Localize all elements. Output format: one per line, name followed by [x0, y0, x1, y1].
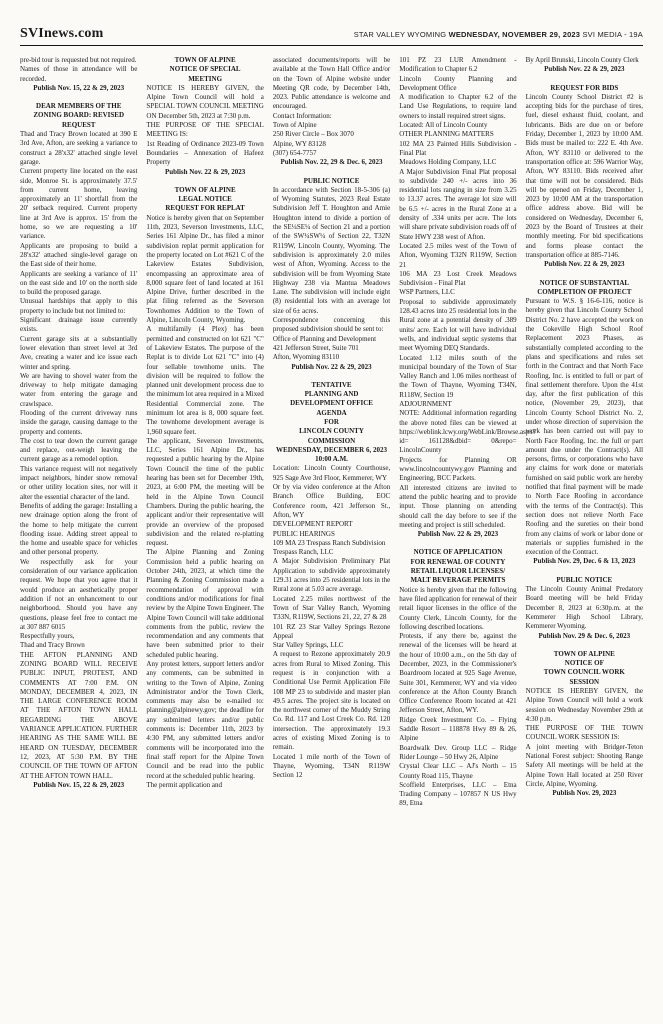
notice-paragraph: Unusual hardships that apply to this pro… [20, 297, 137, 316]
notice-paragraph: Located 2.5 miles west of the Town of Af… [399, 242, 516, 270]
notice-paragraph: pre-bid tour is requested but not requir… [20, 56, 137, 65]
notice-paragraph: 106 MA 23 Lost Creek Meadows Subdivision… [399, 270, 516, 289]
notice-paragraph: NOTE: Additional information regarding t… [399, 409, 516, 455]
notice-paragraph: (307) 654-7757 [273, 149, 390, 158]
notice-paragraph: Applicants are proposing to build a 28'x… [20, 242, 137, 270]
notice-paragraph: Significant drainage issue currently exi… [20, 316, 137, 335]
dateline-date: WEDNESDAY, NOVEMBER 29, 2023 [449, 30, 581, 39]
notice-paragraph: Located: All of Lincoln County [399, 121, 516, 130]
dateline: STAR VALLEY WYOMING WEDNESDAY, NOVEMBER … [354, 30, 643, 39]
notice-paragraph: THE PURPOSE OF THE SPECIAL MEETING IS: [146, 121, 263, 140]
notice-paragraph: 250 River Circle – Box 3070 [273, 130, 390, 139]
news-column: By April Brunski, Lincoln County ClerkPu… [526, 56, 643, 799]
notice-paragraph: Town of Alpine [273, 121, 390, 130]
notice-paragraph: Thad and Tracy Brown located at 390 E 3r… [20, 130, 137, 167]
notice-paragraph: Names of those in attendance will be rec… [20, 65, 137, 84]
masthead-title: SVInews.com [20, 26, 103, 42]
notice-heading: DEAR MEMBERS OF THE ZONING BOARD: REVISE… [20, 102, 137, 130]
notice-paragraph: A Major Subdivision Preliminary Plat App… [273, 557, 390, 594]
notice-paragraph: 421 Jefferson Street, Suite 701 [273, 344, 390, 353]
notice-paragraph: We are having to shovel water from the d… [20, 372, 137, 409]
publish-line: Publish Nov. 15, 22 & 29, 2023 [20, 781, 137, 790]
notice-paragraph: Projects for Planning OR www.lincolncoun… [399, 456, 516, 484]
notice-paragraph: Lincoln County School District #2 is acc… [526, 93, 643, 260]
notice-paragraph: 1st Reading of Ordinance 2023-09 Town Bo… [146, 140, 263, 168]
notice-paragraph: The permit application and [146, 781, 263, 790]
notice-paragraph: The cost to tear down the current garage… [20, 437, 137, 465]
notice-paragraph: NOTICE IS HEREBY GIVEN, the Alpine Town … [526, 687, 643, 724]
notice-paragraph: Proposal to subdivide approximately 128.… [399, 298, 516, 354]
publish-line: Publish Nov. 29, 2023 [526, 789, 643, 798]
notice-paragraph: Or by via video conference at the Afton … [273, 483, 390, 520]
notice-paragraph: Protests, if any there be, against the r… [399, 632, 516, 716]
notice-paragraph: In accordance with Section 18-5-306 (a) … [273, 186, 390, 316]
notice-paragraph: 101 RZ 23 Star Valley Springs Rezone App… [273, 623, 390, 642]
news-column: TOWN OF ALPINE NOTICE OF SPECIAL MEETING… [146, 56, 263, 790]
notice-paragraph: A multifamily (4 Plex) has been permitte… [146, 325, 263, 437]
notice-paragraph: Correspondence concerning this proposed … [273, 316, 390, 335]
notice-heading: TENTATIVE PLANNING AND DEVELOPMENT OFFIC… [273, 381, 390, 465]
notice-paragraph: Flooding of the current driveway runs in… [20, 409, 137, 437]
notice-paragraph: Notice is hereby given that the followin… [399, 586, 516, 632]
notice-paragraph: Lincoln County Planning and Development … [399, 75, 516, 94]
notice-paragraph: Thad and Tracy Brown [20, 641, 137, 650]
publish-line: Publish Nov. 22 & 29, 2023 [526, 260, 643, 269]
notice-columns: pre-bid tour is requested but not requir… [20, 56, 643, 809]
notice-paragraph: Ridge Creek Investment Co. – Flying Sadd… [399, 716, 516, 744]
notice-paragraph: The Alpine Planning and Zoning Commissio… [146, 548, 263, 660]
notice-heading: REQUEST FOR BIDS [526, 84, 643, 93]
notice-paragraph: 102 MA 23 Painted Hills Subdivision - Fi… [399, 140, 516, 159]
notice-paragraph: Trespass Ranch, LLC [273, 548, 390, 557]
notice-paragraph: All interested citizens are invited to a… [399, 484, 516, 530]
dateline-region: STAR VALLEY WYOMING [354, 30, 449, 39]
notice-paragraph: Alpine, WY 83128 [273, 140, 390, 149]
notice-paragraph: Any protest letters, support letters and… [146, 660, 263, 781]
notice-paragraph: A joint meeting with Bridger-Teton Natio… [526, 743, 643, 789]
notice-paragraph: Current garage sits at a substantially l… [20, 335, 137, 372]
notice-paragraph: NOTICE IS HEREBY GIVEN, the Alpine Town … [146, 84, 263, 121]
notice-paragraph: ADJOURNMENT [399, 400, 516, 409]
notice-paragraph: Contact Information: [273, 112, 390, 121]
notice-heading: TOWN OF ALPINE LEGAL NOTICE REQUEST FOR … [146, 186, 263, 214]
notice-paragraph: Respectfully yours, [20, 632, 137, 641]
notice-paragraph: THE AFTON PLANNING AND ZONING BOARD WILL… [20, 651, 137, 781]
notice-paragraph: We respectfully ask for your considerati… [20, 558, 137, 632]
notice-paragraph: THE PURPOSE OF THE TOWN COUNCIL WORK SES… [526, 724, 643, 743]
notice-paragraph: A request to Rezone approximately 20.9 a… [273, 650, 390, 752]
notice-paragraph: This variance request will not negativel… [20, 465, 137, 502]
notice-heading: PUBLIC NOTICE [526, 576, 643, 585]
notice-paragraph: Located 2.25 miles northwest of the Town… [273, 595, 390, 623]
notice-paragraph: OTHER PLANNING MATTERS [399, 130, 516, 139]
notice-paragraph: Notice is hereby given that on September… [146, 214, 263, 326]
notice-paragraph: By April Brunski, Lincoln County Clerk [526, 56, 643, 65]
notice-paragraph: WSP Partners, LLC [399, 288, 516, 297]
publish-line: Publish Nov. 29 & Dec. 6, 2023 [526, 632, 643, 641]
notice-heading: TOWN OF ALPINE NOTICE OF SPECIAL MEETING [146, 56, 263, 84]
news-column: 101 PZ 23 LUR Amendment - Modification t… [399, 56, 516, 809]
page-header: SVInews.com STAR VALLEY WYOMING WEDNESDA… [20, 26, 643, 46]
notice-paragraph: DEVELOPMENT REPORT [273, 520, 390, 529]
notice-paragraph: A modification to Chapter 6.2 of the Lan… [399, 93, 516, 121]
notice-heading: TOWN OF ALPINE NOTICE OF TOWN COUNCIL WO… [526, 650, 643, 687]
notice-paragraph: Boardwalk Dev. Group LLC – Ridge Rider L… [399, 744, 516, 763]
notice-heading: PUBLIC NOTICE [273, 177, 390, 186]
notice-paragraph: Office of Planning and Development [273, 335, 390, 344]
notice-paragraph: A Major Subdivision Final Plat proposal … [399, 168, 516, 242]
notice-heading: NOTICE OF SUBSTANTIAL COMPLETION OF PROJ… [526, 279, 643, 298]
notice-paragraph: Star Valley Springs, LLC [273, 641, 390, 650]
notice-paragraph: Located 1.12 miles south of the municipa… [399, 354, 516, 400]
dateline-edition: SVI MEDIA - 19A [580, 30, 643, 39]
notice-heading: NOTICE OF APPLICATION FOR RENEWAL OF COU… [399, 548, 516, 585]
notice-paragraph: Benefits of adding the garage: Installin… [20, 502, 137, 558]
news-column: associated documents/reports will be ava… [273, 56, 390, 781]
publish-line: Publish Nov. 22 & 29, 2023 [146, 168, 263, 177]
notice-paragraph: Pursuant to W.S. § 16-6-116, notice is h… [526, 297, 643, 557]
notice-paragraph: associated documents/reports will be ava… [273, 56, 390, 112]
notice-paragraph: Scoffield Enterprises, LLC – Etna Tradin… [399, 781, 516, 809]
publish-line: Publish Nov. 29, Dec. 6 & 13, 2023 [526, 557, 643, 566]
notice-paragraph: 109 MA 23 Trespass Ranch Subdivision [273, 539, 390, 548]
notice-paragraph: The applicant, Severson Investments, LLC… [146, 437, 263, 549]
publish-line: Publish Nov. 15, 22 & 29, 2023 [20, 84, 137, 93]
notice-paragraph: Applicants are seeking a variance of 11'… [20, 270, 137, 298]
notice-paragraph: Meadows Holding Company, LLC [399, 158, 516, 167]
notice-paragraph: The Lincoln County Animal Predatory Boar… [526, 585, 643, 631]
publish-line: Publish Nov. 22 & 29, 2023 [273, 363, 390, 372]
notice-paragraph: Crystal Clear LLC – AJ's North – 15 Coun… [399, 762, 516, 781]
notice-paragraph: PUBLIC HEARINGS [273, 530, 390, 539]
news-column: pre-bid tour is requested but not requir… [20, 56, 137, 790]
publish-line: Publish Nov. 22, 29 & Dec. 6, 2023 [273, 158, 390, 167]
notice-paragraph: Current property line located on the eas… [20, 167, 137, 241]
publish-line: Publish Nov. 22 & 29, 2023 [526, 65, 643, 74]
notice-paragraph: 101 PZ 23 LUR Amendment - Modification t… [399, 56, 516, 75]
notice-paragraph: Afton, Wyoming 83110 [273, 353, 390, 362]
newspaper-page: SVInews.com STAR VALLEY WYOMING WEDNESDA… [0, 0, 663, 809]
notice-paragraph: Location: Lincoln County Courthouse, 925… [273, 464, 390, 483]
publish-line: Publish Nov. 22 & 29, 2023 [399, 530, 516, 539]
notice-paragraph: Located 1 mile north of the Town of Thay… [273, 753, 390, 781]
